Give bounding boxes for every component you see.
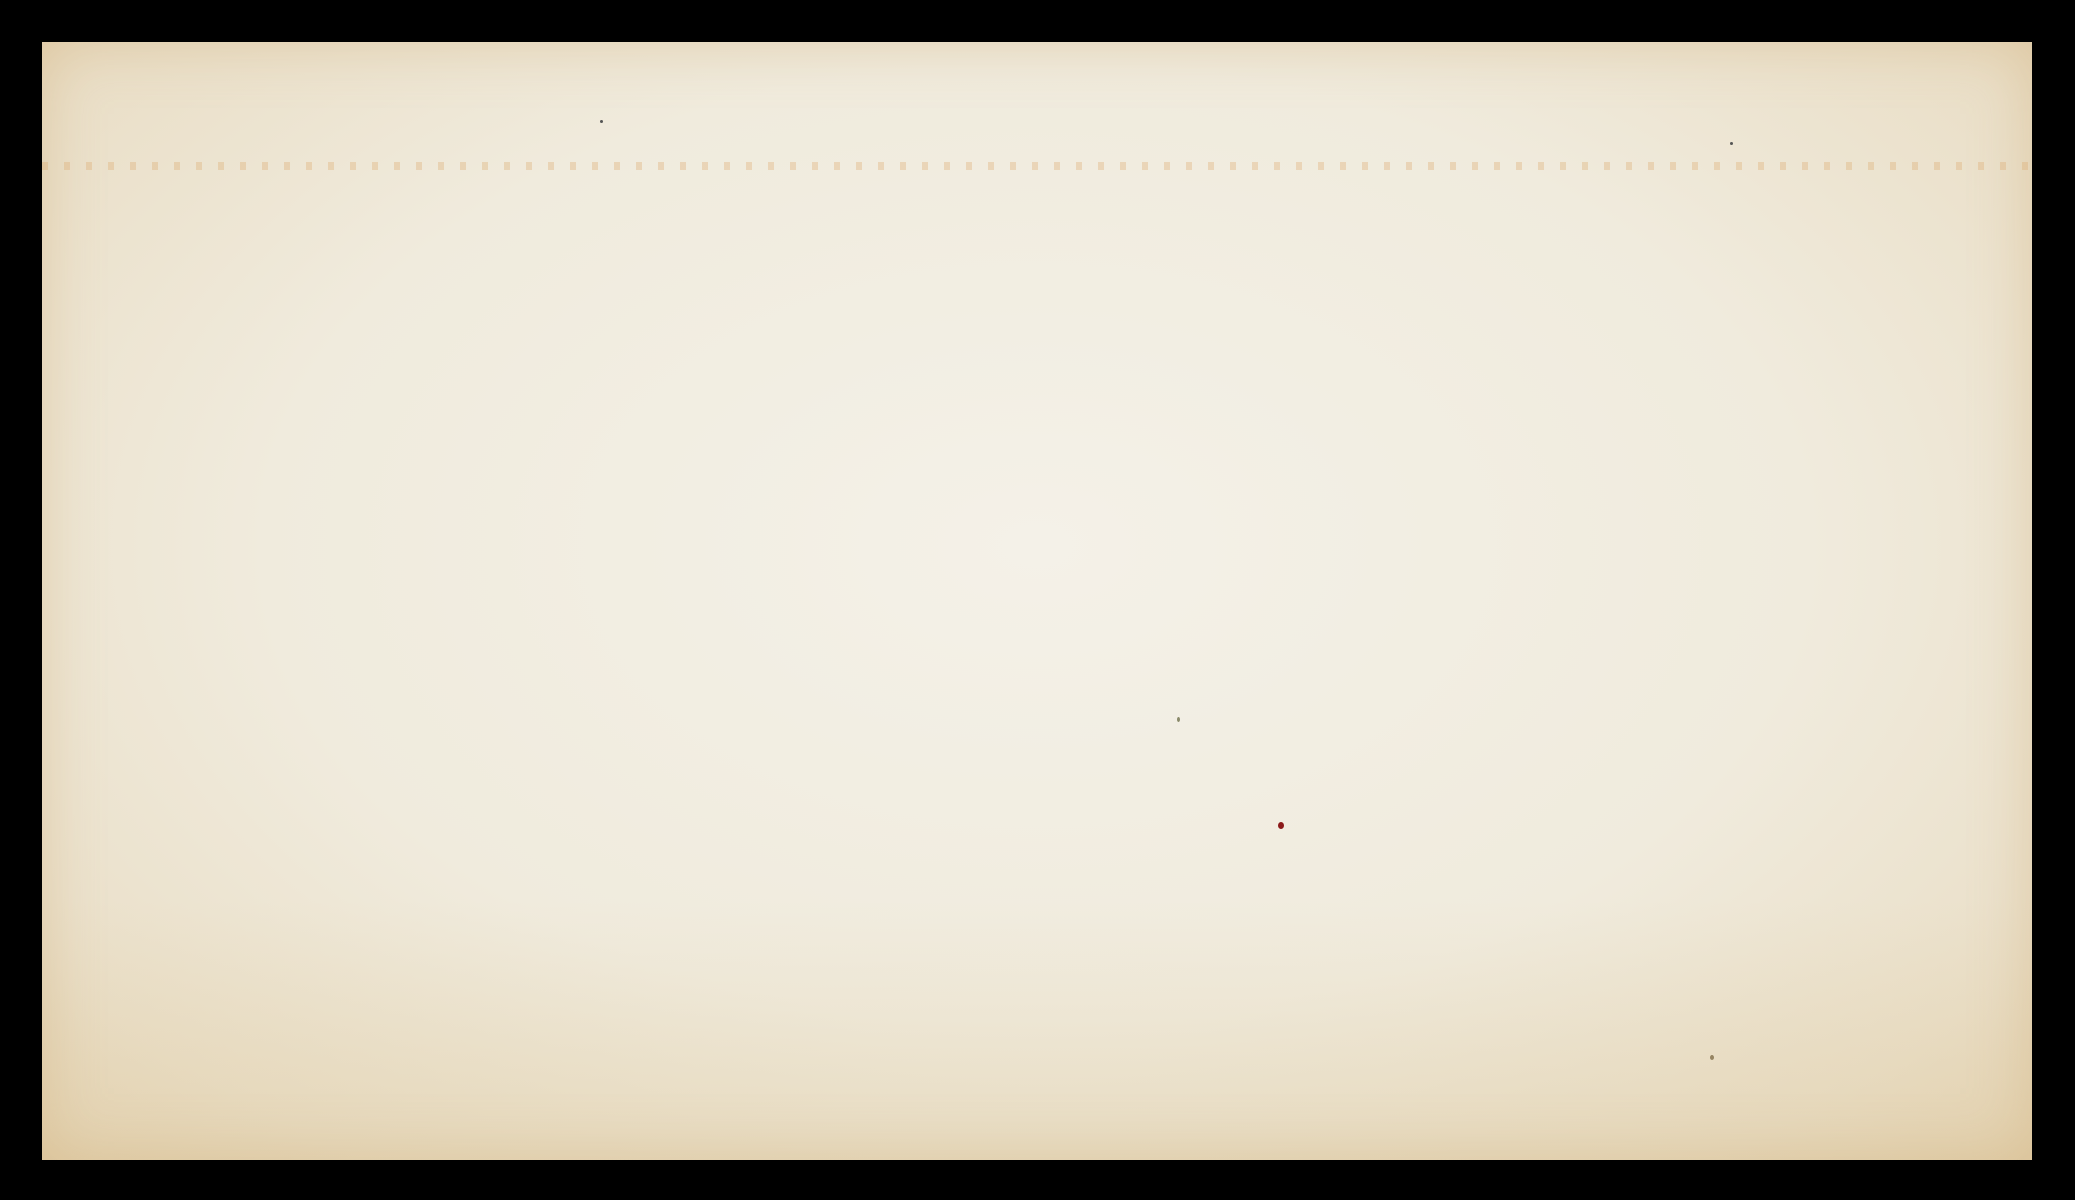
olive-speck (1177, 717, 1180, 722)
aged-paper-sheet (42, 42, 2032, 1160)
dark-speck (1730, 142, 1733, 145)
red-speck (1278, 822, 1284, 829)
dark-speck (600, 120, 603, 123)
brown-speck (1710, 1055, 1714, 1060)
